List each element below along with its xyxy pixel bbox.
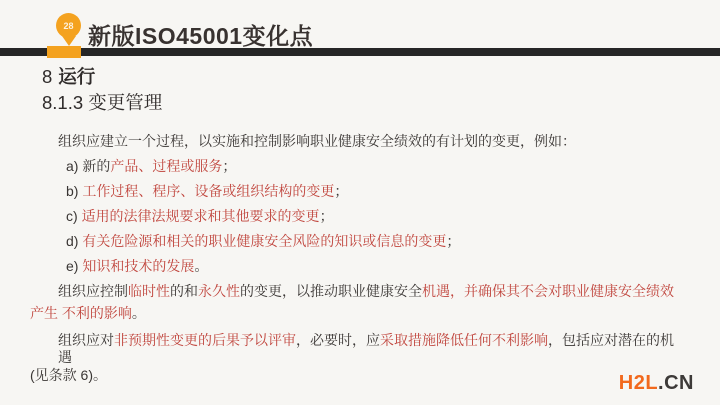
text-segment: ； <box>334 183 348 199</box>
clause-number: 8 <box>42 66 52 87</box>
text-segment: 组织应控制 <box>58 283 128 299</box>
text-segment: a) 新的 <box>66 158 110 174</box>
text-segment: c) <box>66 208 82 224</box>
location-pin-icon: 28 <box>56 13 81 48</box>
list-item-e: e) 知识和技术的发展。 <box>66 254 690 279</box>
text-segment: 有关危险源和相关的职业健康安全风险的知识或信息的变更 <box>82 233 446 249</box>
control-paragraph: 组织应控制临时性的和永久性的变更，以推动职业健康安全机遇，并确保其不会对职业健康… <box>30 280 690 324</box>
text-segment: 知识和技术的发展 <box>82 258 194 274</box>
pin-tail <box>62 36 76 46</box>
text-segment: ； <box>222 158 236 174</box>
text-segment: ； <box>446 233 460 249</box>
list-item-b: b) 工作过程、程序、设备或组织结构的变更； <box>66 179 690 204</box>
text-segment: 的和 <box>170 283 198 299</box>
slide-header: 28 新版ISO45001变化点 <box>0 0 720 60</box>
pin-number: 28 <box>63 21 73 31</box>
slide-content: 8运行 8.1.3 变更管理 组织应建立一个过程，以实施和控制影响职业健康安全绩… <box>0 60 720 383</box>
review-paragraph: 组织应对非预期性变更的后果予以评审，必要时，应采取措施降低任何不利影响，包括应对… <box>58 332 690 366</box>
text-segment: d) <box>66 233 82 249</box>
header-divider-bar <box>0 48 720 56</box>
text-segment: 永久性 <box>198 283 240 299</box>
text-segment: e) <box>66 258 82 274</box>
text-segment: 产生 不利的影响 <box>30 305 132 321</box>
text-segment: 采取措施降低任何不利影响 <box>380 332 548 348</box>
text-segment: 产品、过程或服务 <box>110 158 222 174</box>
text-segment: 遇 <box>58 349 72 365</box>
list-item-a: a) 新的产品、过程或服务； <box>66 154 690 179</box>
text-segment: 非预期性变更的后果予以评审 <box>114 332 296 348</box>
text-segment: ； <box>320 208 334 224</box>
text-segment: 。 <box>194 258 208 274</box>
text-segment: ，必要时，应 <box>296 332 380 348</box>
list-item-d: d) 有关危险源和相关的职业健康安全风险的知识或信息的变更； <box>66 229 690 254</box>
body-text: 组织应建立一个过程，以实施和控制影响职业健康安全绩效的有计划的变更，例如：a) … <box>0 116 720 383</box>
text-segment: 机遇，并确保其不会对职业健康安全绩效 <box>422 283 674 299</box>
page-title: 新版ISO45001变化点 <box>88 18 313 51</box>
text-segment: 工作过程、程序、设备或组织结构的变更 <box>82 183 334 199</box>
text-segment: 适用的法律法规要求和其他要求的变更 <box>82 208 320 224</box>
header-divider-accent <box>47 46 81 58</box>
text-segment: 的变更，以推动职业健康安全 <box>240 283 422 299</box>
list-item-c: c) 适用的法律法规要求和其他要求的变更； <box>66 204 690 229</box>
text-segment: ，包括应对潜在的机 <box>548 332 674 348</box>
section-headings: 8运行 8.1.3 变更管理 <box>0 60 720 116</box>
text-segment: (见条款 6)。 <box>30 367 107 383</box>
reference-paragraph: (见条款 6)。 <box>30 367 690 383</box>
logo-secondary: .CN <box>658 372 694 394</box>
clause-name: 运行 <box>58 66 95 87</box>
text-segment: b) <box>66 183 82 199</box>
text-segment: 临时性 <box>128 283 170 299</box>
text-segment: 组织应对 <box>58 332 114 348</box>
pin-circle: 28 <box>56 13 81 38</box>
text-segment: 组织应建立一个过程，以实施和控制影响职业健康安全绩效的有计划的变更，例如： <box>58 133 576 149</box>
subclause-heading: 8.1.3 变更管理 <box>42 90 720 116</box>
logo-primary: H2L <box>619 372 658 394</box>
site-logo: H2L.CN <box>619 372 694 395</box>
text-segment: 。 <box>132 305 146 321</box>
intro-paragraph: 组织应建立一个过程，以实施和控制影响职业健康安全绩效的有计划的变更，例如： <box>30 129 690 154</box>
clause-heading: 8运行 <box>42 64 720 90</box>
